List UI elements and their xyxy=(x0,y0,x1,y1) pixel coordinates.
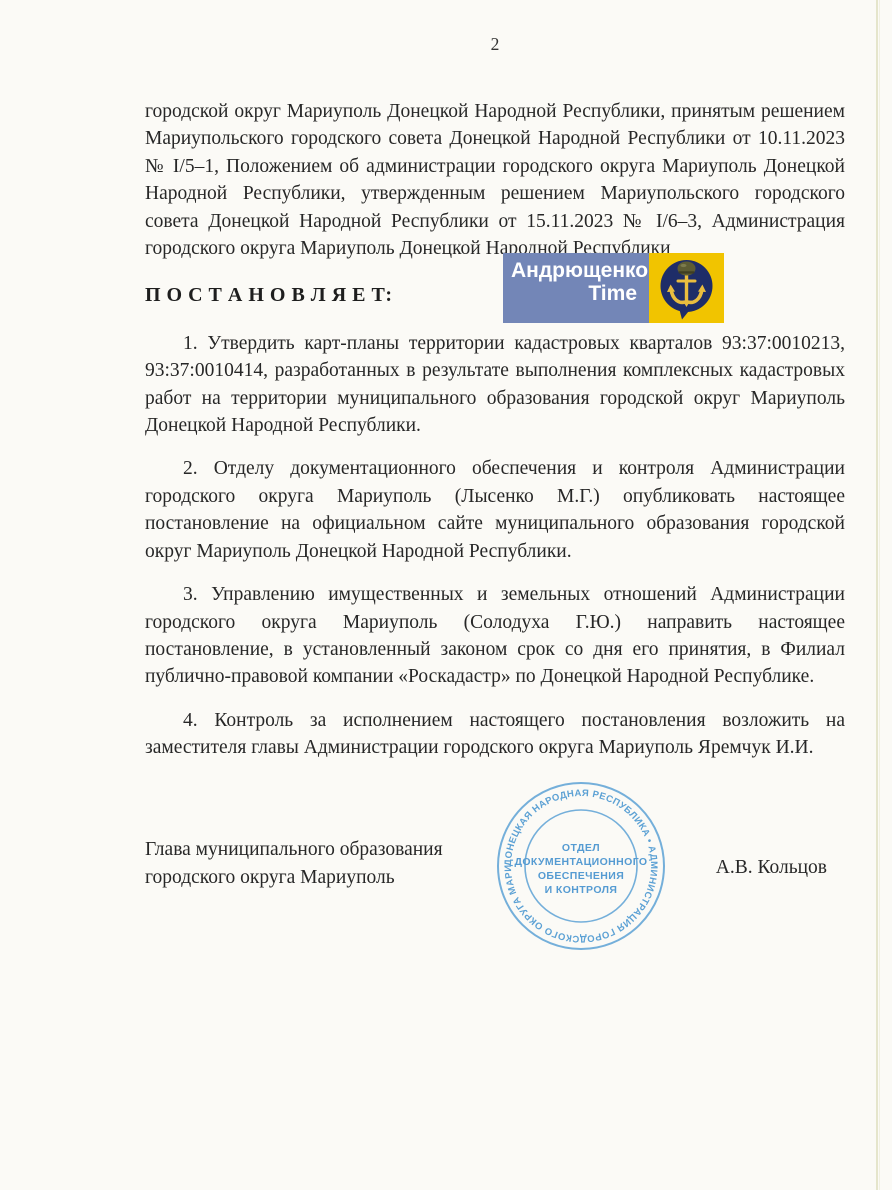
document-body: городской округ Мариуполь Донецкой Народ… xyxy=(145,98,845,762)
scanned-document-page: 2 городской округ Мариуполь Донецкой Нар… xyxy=(0,0,892,1190)
scan-artifact-line xyxy=(879,0,880,1190)
watermark-line1: Андрющенко xyxy=(511,259,641,282)
stamp-center-line3: ОБЕСПЕЧЕНИЯ xyxy=(538,870,624,882)
watermark-label: Андрющенко Time xyxy=(503,253,649,323)
intro-paragraph: городской округ Мариуполь Донецкой Народ… xyxy=(145,98,845,262)
stamp-center-line1: ОТДЕЛ xyxy=(562,842,600,854)
watermark-line2: Time xyxy=(511,282,641,305)
scan-artifact-line xyxy=(876,0,878,1190)
channel-watermark: Андрющенко Time xyxy=(503,253,724,323)
decree-item-2: 2. Отделу документационного обеспечения … xyxy=(145,455,845,565)
official-round-stamp: ДОНЕЦКАЯ НАРОДНАЯ РЕСПУБЛИКА • АДМИНИСТР… xyxy=(495,780,667,952)
anchor-icon xyxy=(649,253,724,323)
stamp-center-line2: ДОКУМЕНТАЦИОННОГО xyxy=(514,856,647,868)
decree-item-3: 3. Управлению имущественных и земельных … xyxy=(145,581,845,691)
page-number: 2 xyxy=(145,34,845,55)
decree-item-4: 4. Контроль за исполнением настоящего по… xyxy=(145,707,845,762)
stamp-center-line4: И КОНТРОЛЯ xyxy=(545,884,618,896)
decree-heading: П О С Т А Н О В Л Я Е Т: xyxy=(145,282,845,309)
decree-item-1: 1. Утвердить карт-планы территории кадас… xyxy=(145,330,845,440)
signatory-name: А.В. Кольцов xyxy=(716,857,827,879)
